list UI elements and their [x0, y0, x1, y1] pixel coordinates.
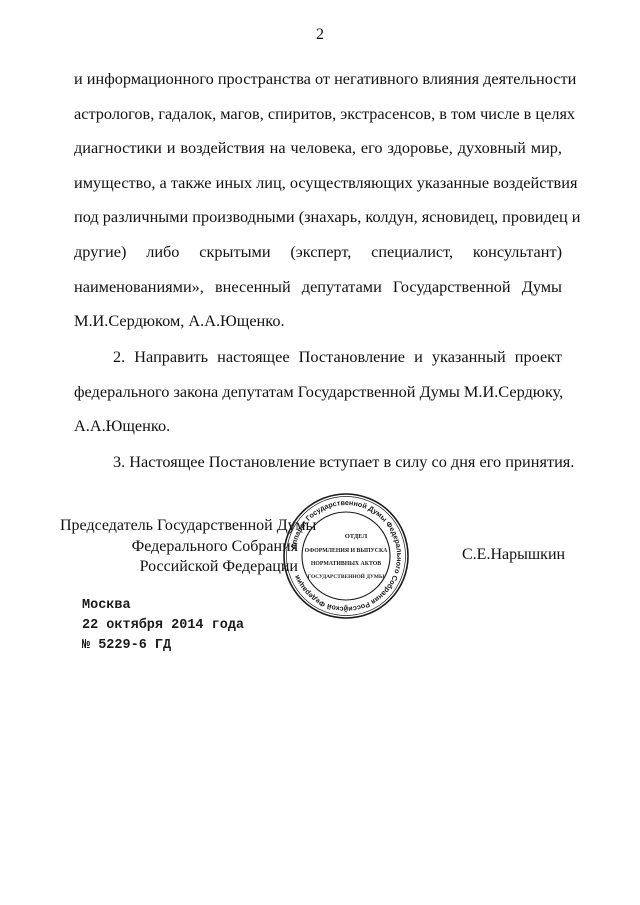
- paragraph-3: 3. Настоящее Постановление вступает в си…: [74, 445, 562, 480]
- document-number: № 5229-6 ГД: [82, 636, 244, 656]
- text-line: астрологов, гадалок, магов, спиритов, эк…: [74, 97, 562, 132]
- page-number: 2: [0, 26, 640, 44]
- paragraph-1: и информационного пространства от негати…: [74, 62, 562, 339]
- stamp-center-line: ОФОРМЛЕНИЯ И ВЫПУСКА: [305, 548, 389, 554]
- signatory-name: С.Е.Нарышкин: [462, 546, 565, 564]
- stamp-center-line: ОТДЕЛ: [345, 533, 368, 540]
- text-line: наименованиями», внесенный депутатами Го…: [74, 270, 562, 305]
- place-date-block: Москва 22 октября 2014 года № 5229-6 ГД: [82, 596, 244, 656]
- stamp-center-line: ГОСУДАРСТВЕННОЙ ДУМЫ: [308, 572, 385, 580]
- text-line: под различными производными (знахарь, ко…: [74, 200, 562, 235]
- text-line: диагностики и воздействия на человека, е…: [74, 131, 562, 166]
- stamp-center-line: НОРМАТИВНЫХ АКТОВ: [311, 561, 381, 567]
- signatory-title-line: Председатель Государственной Думы: [60, 516, 300, 537]
- text-line: и информационного пространства от негати…: [74, 62, 562, 97]
- text-line: 3. Настоящее Постановление вступает в си…: [74, 445, 562, 480]
- signatory-title: Председатель Государственной Думы Федера…: [60, 516, 300, 578]
- stamp-star-icon: *: [344, 603, 348, 612]
- text-line: М.И.Сердюком, А.А.Ющенко.: [74, 304, 562, 339]
- text-line: другие) либо скрытыми (эксперт, специали…: [74, 235, 562, 270]
- city: Москва: [82, 596, 244, 616]
- text-line: 2. Направить настоящее Постановление и у…: [74, 340, 562, 375]
- document-date: 22 октября 2014 года: [82, 616, 244, 636]
- text-line: А.А.Ющенко.: [74, 409, 562, 444]
- official-stamp: Аппарат Государственной Думы Федеральног…: [282, 492, 410, 620]
- signatory-title-line: Федерального Собрания: [60, 537, 300, 558]
- text-line: федерального закона депутатам Государств…: [74, 375, 562, 410]
- paragraph-2: 2. Направить настоящее Постановление и у…: [74, 340, 562, 444]
- signatory-title-line: Российской Федерации: [60, 557, 300, 578]
- stamp-ring-text: Аппарат Государственной Думы Федеральног…: [288, 498, 404, 614]
- text-line: имущество, а также иных лиц, осуществляю…: [74, 166, 562, 201]
